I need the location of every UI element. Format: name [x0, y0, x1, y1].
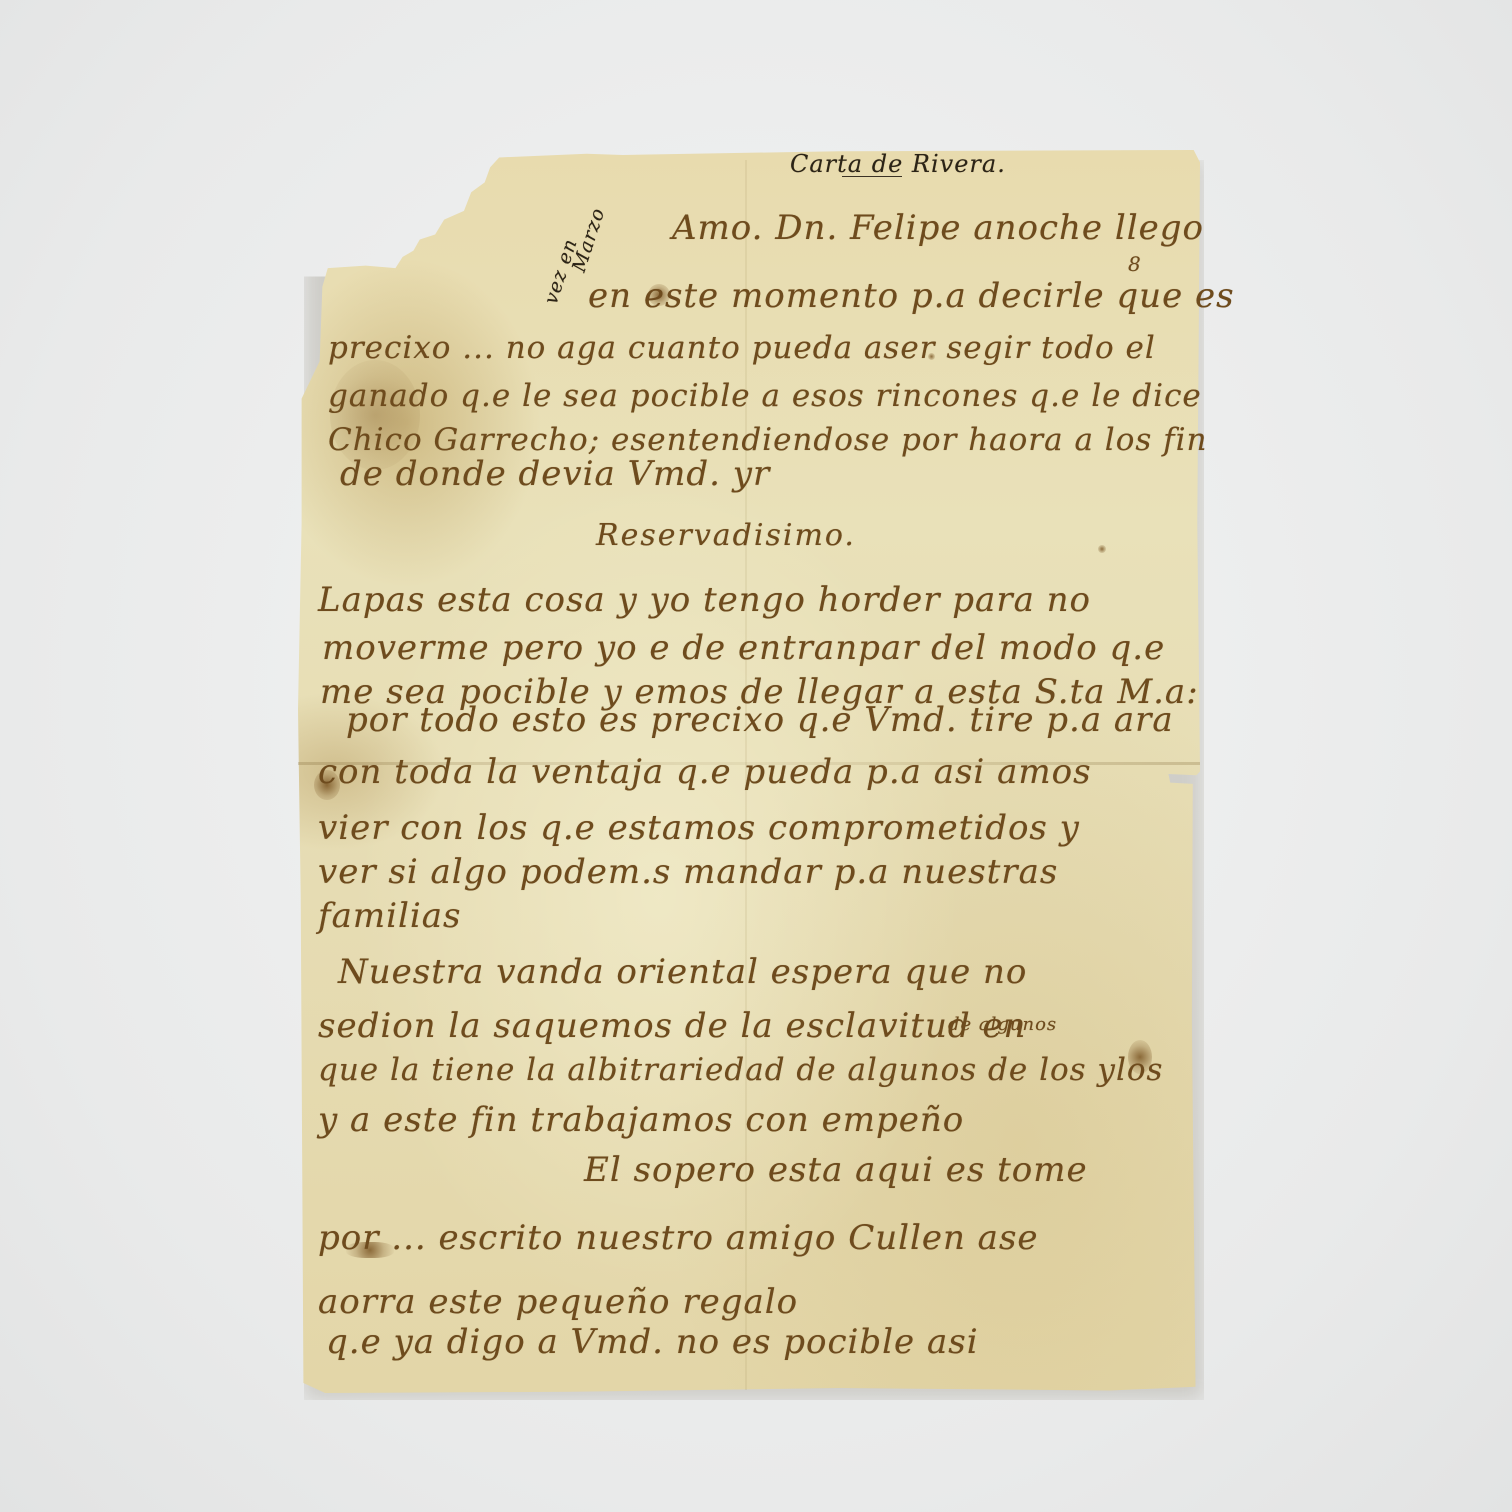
text-line: y a este fin trabajamos con empeño	[318, 1100, 964, 1140]
page-mark: 8	[1128, 252, 1142, 276]
reserved-heading: Reservadisimo.	[596, 518, 856, 553]
text-line: moverme pero yo e de entranpar del modo …	[322, 628, 1165, 668]
text-line: El sopero esta aqui es tome	[584, 1150, 1088, 1190]
text-line: precixo ... no aga cuanto pueda aser seg…	[328, 330, 1156, 366]
text-line: sedion la saquemos de la esclavitud en	[318, 1006, 1026, 1046]
title-underline	[842, 176, 902, 177]
text-line: ganado q.e le sea pocible a esos rincone…	[328, 378, 1202, 414]
text-line: en este momento p.a decirle que es	[588, 276, 1235, 316]
salutation: Amo. Dn. Felipe anoche llego	[672, 208, 1204, 248]
text-line: por todo esto es precixo q.e Vmd. tire p…	[346, 700, 1174, 740]
archival-title-note: Carta de Rivera.	[790, 150, 1006, 178]
text-line: Nuestra vanda oriental espera que no	[338, 952, 1027, 992]
text-line: familias	[318, 896, 461, 936]
text-line: ver si algo podem.s mandar p.a nuestras	[318, 852, 1058, 892]
ink-dot	[1098, 545, 1106, 553]
text-line: Lapas esta cosa y yo tengo horder para n…	[318, 580, 1091, 620]
text-line: por ... escrito nuestro amigo Cullen ase	[318, 1218, 1039, 1258]
text-line: con toda la ventaja q.e pueda p.a asi am…	[318, 752, 1092, 792]
text-line: aorra este pequeño regalo	[318, 1282, 798, 1322]
text-line: de donde devia Vmd. yr	[340, 454, 770, 494]
text-line: q.e ya digo a Vmd. no es pocible asi	[326, 1322, 979, 1362]
text-line: Chico Garrecho; esentendiendose por haor…	[328, 422, 1208, 458]
text-line: vier con los q.e estamos comprometidos y	[318, 808, 1080, 848]
text-line: que la tiene la albitrariedad de algunos…	[318, 1052, 1163, 1088]
